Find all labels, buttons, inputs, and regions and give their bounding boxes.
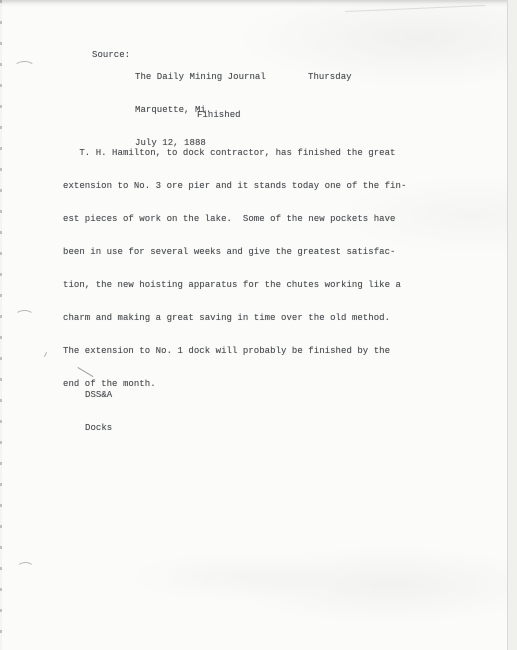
article-line: tion, the new hoisting apparatus for the… (63, 280, 406, 291)
article-body: T. H. Hamilton, to dock contractor, has … (63, 126, 406, 412)
pencil-arc-mark-middle (15, 310, 34, 322)
article-line: charm and making a great saving in time … (63, 313, 406, 324)
pencil-arc-mark-bottom (17, 562, 34, 574)
article-line: The extension to No. 1 dock will probabl… (63, 346, 406, 357)
article-line: T. H. Hamilton, to dock contractor, has … (63, 148, 406, 159)
pencil-arc-mark-top (14, 61, 35, 74)
article-line: been in use for several weeks and give t… (63, 247, 406, 258)
notation-subject: Docks (85, 423, 112, 434)
source-publication: The Daily Mining Journal (135, 72, 266, 83)
article-line: end of the month. (63, 379, 406, 390)
article-headline: Finished (197, 110, 241, 121)
notation-railroad: DSS&A (85, 390, 112, 401)
pencil-stray-mark (44, 352, 47, 357)
article-line: extension to No. 3 ore pier and it stand… (63, 181, 406, 192)
right-page-edge (507, 0, 517, 650)
left-page-edge (0, 0, 2, 650)
scanned-document-page: Source: The Daily Mining Journal Marquet… (0, 0, 517, 650)
source-label: Source: (92, 50, 130, 61)
archival-notation: DSS&A Docks (85, 368, 112, 456)
source-weekday: Thursday (308, 72, 352, 83)
article-line: est pieces of work on the lake. Some of … (63, 214, 406, 225)
